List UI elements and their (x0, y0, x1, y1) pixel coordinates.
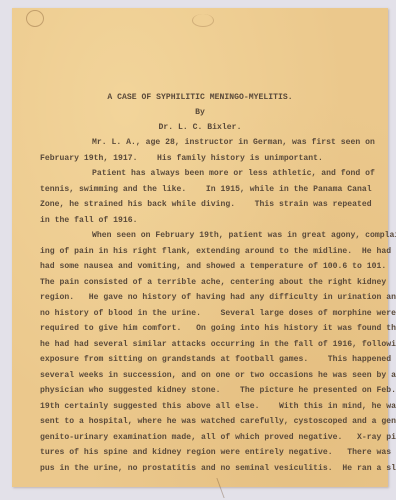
text-line: he had had several similar attacks occur… (40, 340, 396, 349)
text-line: several weeks in succession, and on one … (40, 371, 396, 380)
text-line: had some nausea and vomiting, and showed… (40, 262, 386, 271)
text-line: Patient has always been more or less ath… (92, 169, 375, 178)
text-line: Mr. L. A., age 28, instructor in German,… (92, 138, 375, 147)
text-line: February 19th, 1917. His family history … (40, 154, 323, 163)
text-line: ing of pain in his right flank, extendin… (40, 247, 391, 256)
text-line: When seen on February 19th, patient was … (92, 231, 396, 240)
text-line: The pain consisted of a terrible ache, c… (40, 278, 386, 287)
text-line: no history of blood in the urine. Severa… (40, 309, 396, 318)
text-line: physician who suggested kidney stone. Th… (40, 386, 396, 395)
text-line: tures of his spine and kidney region wer… (40, 448, 396, 457)
text-line: exposure from sitting on grandstands at … (40, 355, 391, 364)
text-line: genito-urinary examination made, all of … (40, 433, 396, 442)
paper-stain-mark (26, 10, 44, 27)
document-title: A CASE OF SYPHILITIC MENINGO-MYELITIS. (12, 93, 388, 102)
text-line: Zone, he strained his back while diving.… (40, 200, 372, 209)
paper-crease-mark (216, 478, 252, 498)
text-line: sent to a hospital, where he was watched… (40, 417, 396, 426)
byline: By (12, 108, 388, 117)
text-line: pus in the urine, no prostatitis and no … (40, 464, 396, 473)
document-page: A CASE OF SYPHILITIC MENINGO-MYELITIS. B… (12, 8, 388, 487)
text-line: region. He gave no history of having had… (40, 293, 396, 302)
paper-stain-mark (192, 14, 214, 27)
text-line: required to give him comfort. On going i… (40, 324, 396, 333)
text-line: tennis, swimming and the like. In 1915, … (40, 185, 372, 194)
text-line: in the fall of 1916. (40, 216, 138, 225)
text-line: 19th certainly suggested this above all … (40, 402, 396, 411)
author: Dr. L. C. Bixler. (12, 123, 388, 132)
